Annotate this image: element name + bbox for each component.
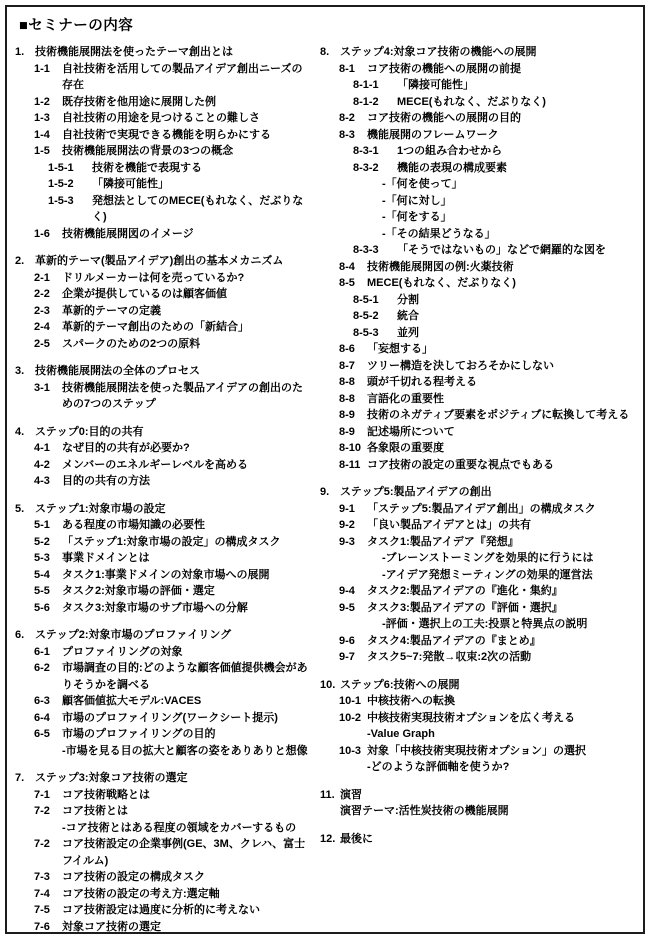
outline-item: 6.ステップ2:対象市場のプロファイリング (15, 627, 310, 644)
outline-item: 1.技術機能展開法を使ったテーマ創出とは (15, 44, 310, 61)
item-text: スパークのための2つの原料 (62, 336, 310, 353)
outline-item: 8-9技術のネガティブ要素をポジティブに転換して考える (320, 407, 637, 424)
item-number: 5-1 (34, 517, 62, 534)
outline-item: 1-4自社技術で実現できる機能を明らかにする (15, 127, 310, 144)
outline-item: 6-3顧客価値拡大モデル:VACES (15, 693, 310, 710)
outline-item: 7-2コア技術とは (15, 803, 310, 820)
document-page: ■セミナーの内容 1.技術機能展開法を使ったテーマ創出とは1-1自社技術を活用し… (0, 0, 650, 939)
item-text: 「そうではないもの」などで網羅的な図を (397, 242, 637, 259)
outline-item: 8-3-3「そうではないもの」などで網羅的な図を (320, 242, 637, 259)
item-number: 1-5 (34, 143, 62, 160)
item-text: 自社技術で実現できる機能を明らかにする (62, 127, 310, 144)
item-number: 4-2 (34, 457, 62, 474)
outline-item: 8-6「妄想する」 (320, 341, 637, 358)
outline-item: 5-6タスク3:対象市場のサブ市場への分解 (15, 600, 310, 617)
outline-item: 9-6タスク4:製品アイデアの『まとめ』 (320, 633, 637, 650)
outline-item: -「何を使って」 (320, 176, 637, 193)
outline-item: 1-6技術機能展開図のイメージ (15, 226, 310, 243)
item-text: 機能展開のフレームワーク (367, 127, 637, 144)
item-text: プロファイリングの対象 (62, 644, 310, 661)
outline-item: 7-4コア技術の設定の考え方:選定軸 (15, 886, 310, 903)
outline-item: 9-7タスク5~7:発散→収束:2次の活動 (320, 649, 637, 666)
item-text: 自社技術の用途を見つけることの難しさ (62, 110, 310, 127)
outline-item: 6-1プロファイリングの対象 (15, 644, 310, 661)
outline-item: 8.ステップ4:対象コア技術の機能への展開 (320, 44, 637, 61)
outline-item: -コア技術とはある程度の領域をカバーするもの (15, 820, 310, 837)
outline-item: 7-5コア技術設定は過度に分析的に考えない (15, 902, 310, 919)
item-text: 既存技術を他用途に展開した例 (62, 94, 310, 111)
item-text: 発想法としてのMECE(もれなく、だぶりなく) (92, 193, 310, 226)
item-number: 9-2 (339, 517, 367, 534)
outline-item: 1-1自社技術を活用しての製品アイデア創出ニーズの存在 (15, 61, 310, 94)
item-number: 5. (15, 501, 35, 518)
outline-item: 8-1-1「隣接可能性」 (320, 77, 637, 94)
item-text: 対象「中核技術実現技術オプション」の選択 (367, 743, 637, 760)
outline-item: 3.技術機能展開法の全体のプロセス (15, 363, 310, 380)
outline-item: 4-1なぜ目的の共有が必要か? (15, 440, 310, 457)
item-number: 1-1 (34, 61, 62, 78)
outline-item: 8-1-2MECE(もれなく、だぶりなく) (320, 94, 637, 111)
item-text: 演習テーマ:活性炭技術の機能展開 (340, 803, 637, 820)
item-text: -アイデア発想ミーティングの効果的運営法 (382, 567, 637, 584)
item-text: タスク3:対象市場のサブ市場への分解 (62, 600, 310, 617)
item-text: ステップ1:対象市場の設定 (35, 501, 310, 518)
outline-item: 10.ステップ6:技術への展開 (320, 677, 637, 694)
outline-item: 2-1ドリルメーカーは何を売っているか? (15, 270, 310, 287)
item-text: 事業ドメインとは (62, 550, 310, 567)
item-number: 6-3 (34, 693, 62, 710)
outline-item: 7-1コア技術戦略とは (15, 787, 310, 804)
item-number: 9-4 (339, 583, 367, 600)
outline-item: -どのような評価軸を使うか? (320, 759, 637, 776)
item-number: 8-5-3 (353, 325, 397, 342)
item-number: 2-5 (34, 336, 62, 353)
item-text: タスク4:製品アイデアの『まとめ』 (367, 633, 637, 650)
item-number: 7-2 (34, 836, 62, 853)
item-number: 1-3 (34, 110, 62, 127)
item-number: 8-9 (339, 424, 367, 441)
item-text: 技術機能展開法の全体のプロセス (35, 363, 310, 380)
outline-item: 7-2コア技術設定の企業事例(GE、3M、クレハ、富士フイルム) (15, 836, 310, 869)
item-text: -「何をする」 (382, 209, 637, 226)
item-text: コア技術設定の企業事例(GE、3M、クレハ、富士フイルム) (62, 836, 310, 869)
item-text: 顧客価値拡大モデル:VACES (62, 693, 310, 710)
item-text: ステップ2:対象市場のプロファイリング (35, 627, 310, 644)
item-text: タスク1:事業ドメインの対象市場への展開 (62, 567, 310, 584)
item-text: 革新的テーマ(製品アイデア)創出の基本メカニズム (35, 253, 310, 270)
document-frame: ■セミナーの内容 1.技術機能展開法を使ったテーマ創出とは1-1自社技術を活用し… (5, 5, 645, 934)
item-number: 10-3 (339, 743, 367, 760)
outline-item: 5-5タスク2:対象市場の評価・選定 (15, 583, 310, 600)
outline-item: 8-8頭が千切れる程考える (320, 374, 637, 391)
item-number: 9-1 (339, 501, 367, 518)
item-text: タスク3:製品アイデアの『評価・選択』 (367, 600, 637, 617)
item-number: 8-6 (339, 341, 367, 358)
outline-item: 演習テーマ:活性炭技術の機能展開 (320, 803, 637, 820)
outline-item: 7-3コア技術の設定の構成タスク (15, 869, 310, 886)
item-text: 中核技術への転換 (367, 693, 637, 710)
item-number: 6-4 (34, 710, 62, 727)
item-text: 技術機能展開法を使った製品アイデアの創出のための7つのステップ (62, 380, 310, 413)
outline-item: 9.ステップ5:製品アイデアの創出 (320, 484, 637, 501)
item-number: 2. (15, 253, 35, 270)
outline-item: 9-1「ステップ5:製品アイデア創出」の構成タスク (320, 501, 637, 518)
item-text: -「その結果どうなる」 (382, 226, 637, 243)
outline-item: 2-4革新的テーマ創出のための「新結合」 (15, 319, 310, 336)
outline-item: 8-5MECE(もれなく、だぶりなく) (320, 275, 637, 292)
item-number: 8. (320, 44, 340, 61)
item-number: 7. (15, 770, 35, 787)
item-number: 7-2 (34, 803, 62, 820)
item-text: -「何を使って」 (382, 176, 637, 193)
outline-item: 8-8言語化の重要性 (320, 391, 637, 408)
outline-item: 6-5市場のプロファイリングの目的 (15, 726, 310, 743)
item-number: 1-4 (34, 127, 62, 144)
outline-item: 8-5-1分割 (320, 292, 637, 309)
item-text: ステップ4:対象コア技術の機能への展開 (340, 44, 637, 61)
item-text: 企業が提供しているのは顧客価値 (62, 286, 310, 303)
item-text: コア技術設定は過度に分析的に考えない (62, 902, 310, 919)
item-number: 7-1 (34, 787, 62, 804)
outline-item: 10-2中核技術実現技術オプションを広く考える (320, 710, 637, 727)
outline-item: 5.ステップ1:対象市場の設定 (15, 501, 310, 518)
outline-item: 9-3タスク1:製品アイデア『発想』 (320, 534, 637, 551)
item-number: 3. (15, 363, 35, 380)
item-number: 6-5 (34, 726, 62, 743)
item-text: コア技術とは (62, 803, 310, 820)
outline-item: 5-3事業ドメインとは (15, 550, 310, 567)
item-number: 8-4 (339, 259, 367, 276)
item-text: ステップ3:対象コア技術の選定 (35, 770, 310, 787)
item-number: 8-5 (339, 275, 367, 292)
item-number: 8-10 (339, 440, 367, 457)
item-text: -市場を見る目の拡大と顧客の姿をありありと想像 (62, 743, 310, 760)
item-number: 5-5 (34, 583, 62, 600)
item-text: ステップ6:技術への展開 (340, 677, 637, 694)
outline-item: 9-5タスク3:製品アイデアの『評価・選択』 (320, 600, 637, 617)
item-text: 統合 (397, 308, 637, 325)
item-text: 頭が千切れる程考える (367, 374, 637, 391)
outline-item: 1-5技術機能展開法の背景の3つの概念 (15, 143, 310, 160)
item-text: コア技術の機能への展開の前提 (367, 61, 637, 78)
item-text: コア技術の設定の重要な視点でもある (367, 457, 637, 474)
item-number: 9-5 (339, 600, 367, 617)
item-number: 4-1 (34, 440, 62, 457)
item-text: ステップ5:製品アイデアの創出 (340, 484, 637, 501)
outline-item: 10-3対象「中核技術実現技術オプション」の選択 (320, 743, 637, 760)
outline-item: 7.ステップ3:対象コア技術の選定 (15, 770, 310, 787)
outline-item: 8-3機能展開のフレームワーク (320, 127, 637, 144)
item-number: 8-2 (339, 110, 367, 127)
item-number: 8-9 (339, 407, 367, 424)
item-text: 最後に (340, 831, 637, 848)
item-text: タスク1:製品アイデア『発想』 (367, 534, 637, 551)
outline-item: 4-3目的の共有の方法 (15, 473, 310, 490)
item-text: タスク5~7:発散→収束:2次の活動 (367, 649, 637, 666)
item-number: 1-5-2 (48, 176, 92, 193)
outline-item: 8-9記述場所について (320, 424, 637, 441)
outline-item: 8-3-2機能の表現の構成要素 (320, 160, 637, 177)
item-text: ドリルメーカーは何を売っているか? (62, 270, 310, 287)
item-text: メンバーのエネルギーレベルを高める (62, 457, 310, 474)
item-number: 8-3-1 (353, 143, 397, 160)
item-number: 8-7 (339, 358, 367, 375)
item-text: 分割 (397, 292, 637, 309)
item-number: 7-4 (34, 886, 62, 903)
outline-item: 5-4タスク1:事業ドメインの対象市場への展開 (15, 567, 310, 584)
item-text: -評価・選択上の工夫:投票と特異点の説明 (382, 616, 637, 633)
item-text: MECE(もれなく、だぶりなく) (367, 275, 637, 292)
item-number: 8-3 (339, 127, 367, 144)
outline-item: 12.最後に (320, 831, 637, 848)
outline-item: 2-2企業が提供しているのは顧客価値 (15, 286, 310, 303)
item-text: -ブレーンストーミングを効果的に行うには (382, 550, 637, 567)
item-number: 11. (320, 787, 340, 804)
outline-item: 11.演習 (320, 787, 637, 804)
item-text: 技術機能展開法の背景の3つの概念 (62, 143, 310, 160)
item-text: 「ステップ1:対象市場の設定」の構成タスク (62, 534, 310, 551)
item-number: 6-1 (34, 644, 62, 661)
item-text: ステップ0:目的の共有 (35, 424, 310, 441)
outline-item: 10-1中核技術への転換 (320, 693, 637, 710)
outline-item: 4.ステップ0:目的の共有 (15, 424, 310, 441)
item-text: 「隣接可能性」 (397, 77, 637, 94)
item-number: 1-6 (34, 226, 62, 243)
item-number: 8-1-1 (353, 77, 397, 94)
item-text: 革新的テーマ創出のための「新結合」 (62, 319, 310, 336)
item-number: 3-1 (34, 380, 62, 397)
item-text: 市場のプロファイリングの目的 (62, 726, 310, 743)
item-number: 4. (15, 424, 35, 441)
item-text: 対象コア技術の選定 (62, 919, 310, 935)
outline-item: 2-3革新的テーマの定義 (15, 303, 310, 320)
outline-item: 1-3自社技術の用途を見つけることの難しさ (15, 110, 310, 127)
item-text: 市場調査の目的:どのような顧客価値提供機会がありそうかを調べる (62, 660, 310, 693)
outline-item: 1-5-2「隣接可能性」 (15, 176, 310, 193)
item-number: 6. (15, 627, 35, 644)
item-text: -「何に対し」 (382, 193, 637, 210)
item-text: -コア技術とはある程度の領域をカバーするもの (62, 820, 310, 837)
item-text: 機能の表現の構成要素 (397, 160, 637, 177)
item-number: 2-4 (34, 319, 62, 336)
item-number: 9-6 (339, 633, 367, 650)
item-text: 言語化の重要性 (367, 391, 637, 408)
item-text: コア技術戦略とは (62, 787, 310, 804)
item-text: ある程度の市場知識の必要性 (62, 517, 310, 534)
item-text: 市場のプロファイリング(ワークシート提示) (62, 710, 310, 727)
item-number: 2-2 (34, 286, 62, 303)
item-text: 自社技術を活用しての製品アイデア創出ニーズの存在 (62, 61, 310, 94)
item-text: 革新的テーマの定義 (62, 303, 310, 320)
item-text: ツリー構造を決しておろそかにしない (367, 358, 637, 375)
item-text: 「隣接可能性」 (92, 176, 310, 193)
item-number: 2-3 (34, 303, 62, 320)
outline-item: 8-4技術機能展開図の例:火薬技術 (320, 259, 637, 276)
item-text: コア技術の設定の構成タスク (62, 869, 310, 886)
item-number: 8-1 (339, 61, 367, 78)
item-text: -どのような評価軸を使うか? (367, 759, 637, 776)
item-text: 中核技術実現技術オプションを広く考える (367, 710, 637, 727)
item-number: 7-3 (34, 869, 62, 886)
outline-item: -評価・選択上の工夫:投票と特異点の説明 (320, 616, 637, 633)
item-number: 8-11 (339, 457, 367, 474)
item-text: 「ステップ5:製品アイデア創出」の構成タスク (367, 501, 637, 518)
item-text: 技術を機能で表現する (92, 160, 310, 177)
item-number: 7-6 (34, 919, 62, 935)
item-text: 演習 (340, 787, 637, 804)
outline-item: 3-1技術機能展開法を使った製品アイデアの創出のための7つのステップ (15, 380, 310, 413)
item-number: 8-1-2 (353, 94, 397, 111)
item-number: 8-3-2 (353, 160, 397, 177)
outline-item: 7-6対象コア技術の選定 (15, 919, 310, 935)
item-number: 9. (320, 484, 340, 501)
item-text: コア技術の設定の考え方:選定軸 (62, 886, 310, 903)
item-text: 「妄想する」 (367, 341, 637, 358)
item-number: 5-2 (34, 534, 62, 551)
outline-item: 8-11コア技術の設定の重要な視点でもある (320, 457, 637, 474)
outline-item: 4-2メンバーのエネルギーレベルを高める (15, 457, 310, 474)
item-number: 8-3-3 (353, 242, 397, 259)
outline-item: -アイデア発想ミーティングの効果的運営法 (320, 567, 637, 584)
item-number: 2-1 (34, 270, 62, 287)
outline-item: 9-2「良い製品アイデアとは」の共有 (320, 517, 637, 534)
outline-column-right: 8.ステップ4:対象コア技術の機能への展開8-1コア技術の機能への展開の前提8-… (320, 44, 637, 934)
outline-item: -「何に対し」 (320, 193, 637, 210)
item-number: 9-7 (339, 649, 367, 666)
item-text: 各象限の重要度 (367, 440, 637, 457)
item-text: 「良い製品アイデアとは」の共有 (367, 517, 637, 534)
outline-item: 9-4タスク2:製品アイデアの『進化・集約』 (320, 583, 637, 600)
item-text: -Value Graph (367, 726, 637, 743)
outline-item: 6-4市場のプロファイリング(ワークシート提示) (15, 710, 310, 727)
item-text: 記述場所について (367, 424, 637, 441)
item-number: 1. (15, 44, 35, 61)
item-text: なぜ目的の共有が必要か? (62, 440, 310, 457)
outline-item: -「その結果どうなる」 (320, 226, 637, 243)
outline-item: 8-10各象限の重要度 (320, 440, 637, 457)
item-number: 12. (320, 831, 340, 848)
outline-item: 1-5-3発想法としてのMECE(もれなく、だぶりなく) (15, 193, 310, 226)
item-number: 9-3 (339, 534, 367, 551)
item-number: 1-2 (34, 94, 62, 111)
item-text: MECE(もれなく、だぶりなく) (397, 94, 637, 111)
outline-item: 8-1コア技術の機能への展開の前提 (320, 61, 637, 78)
item-number: 10-1 (339, 693, 367, 710)
item-number: 8-8 (339, 391, 367, 408)
item-number: 10. (320, 677, 340, 694)
outline-item: 5-1ある程度の市場知識の必要性 (15, 517, 310, 534)
outline-item: -「何をする」 (320, 209, 637, 226)
item-text: 目的の共有の方法 (62, 473, 310, 490)
item-number: 6-2 (34, 660, 62, 677)
item-text: 並列 (397, 325, 637, 342)
outline-item: -ブレーンストーミングを効果的に行うには (320, 550, 637, 567)
item-number: 10-2 (339, 710, 367, 727)
outline-item: -Value Graph (320, 726, 637, 743)
outline-item: 1-2既存技術を他用途に展開した例 (15, 94, 310, 111)
outline-item: 8-5-3並列 (320, 325, 637, 342)
outline-item: 8-3-11つの組み合わせから (320, 143, 637, 160)
page-title: ■セミナーの内容 (19, 14, 635, 35)
item-text: コア技術の機能への展開の目的 (367, 110, 637, 127)
outline-columns: 1.技術機能展開法を使ったテーマ創出とは1-1自社技術を活用しての製品アイデア創… (15, 44, 635, 934)
outline-item: 6-2市場調査の目的:どのような顧客価値提供機会がありそうかを調べる (15, 660, 310, 693)
item-text: タスク2:対象市場の評価・選定 (62, 583, 310, 600)
item-number: 8-8 (339, 374, 367, 391)
item-number: 5-3 (34, 550, 62, 567)
outline-item: 1-5-1技術を機能で表現する (15, 160, 310, 177)
item-number: 8-5-2 (353, 308, 397, 325)
outline-item: 2.革新的テーマ(製品アイデア)創出の基本メカニズム (15, 253, 310, 270)
item-number: 1-5-1 (48, 160, 92, 177)
item-number: 8-5-1 (353, 292, 397, 309)
item-number: 4-3 (34, 473, 62, 490)
outline-column-left: 1.技術機能展開法を使ったテーマ創出とは1-1自社技術を活用しての製品アイデア創… (15, 44, 310, 934)
outline-item: 8-5-2統合 (320, 308, 637, 325)
item-number: 5-4 (34, 567, 62, 584)
outline-item: 8-2コア技術の機能への展開の目的 (320, 110, 637, 127)
item-number: 1-5-3 (48, 193, 92, 210)
item-number: 5-6 (34, 600, 62, 617)
outline-item: 2-5スパークのための2つの原料 (15, 336, 310, 353)
outline-item: 5-2「ステップ1:対象市場の設定」の構成タスク (15, 534, 310, 551)
item-number: 7-5 (34, 902, 62, 919)
item-text: 1つの組み合わせから (397, 143, 637, 160)
outline-item: 8-7ツリー構造を決しておろそかにしない (320, 358, 637, 375)
item-text: 技術機能展開図のイメージ (62, 226, 310, 243)
item-text: タスク2:製品アイデアの『進化・集約』 (367, 583, 637, 600)
item-text: 技術機能展開法を使ったテーマ創出とは (35, 44, 310, 61)
item-text: 技術機能展開図の例:火薬技術 (367, 259, 637, 276)
outline-item: -市場を見る目の拡大と顧客の姿をありありと想像 (15, 743, 310, 760)
item-text: 技術のネガティブ要素をポジティブに転換して考える (367, 407, 637, 424)
